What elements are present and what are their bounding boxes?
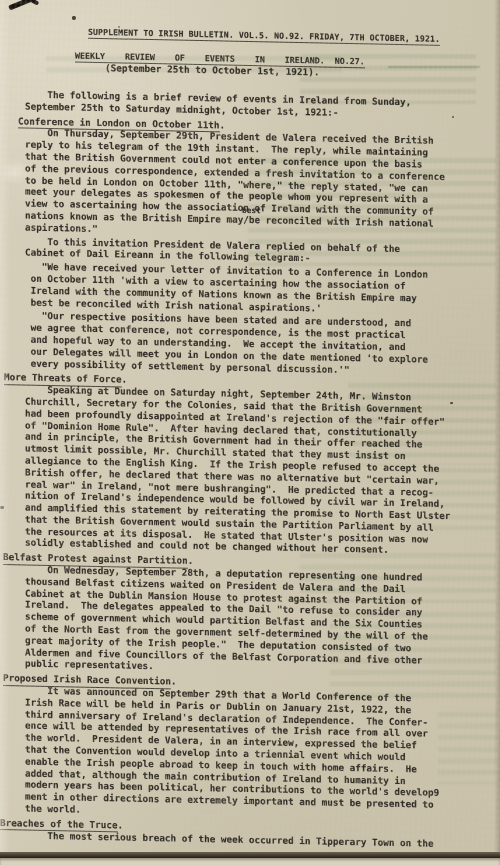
ink-speck xyxy=(118,26,120,28)
document-section: Proposed Irish Race Convention. It was a… xyxy=(25,674,482,825)
document-section: Conference in London on October 11th. On… xyxy=(25,116,482,379)
ink-speck xyxy=(452,116,454,118)
ink-speck xyxy=(72,16,76,20)
paragraph: On Thursday, September 29th, President d… xyxy=(25,128,482,243)
scanned-document-page: SUPPLEMENT TO IRISH BULLETIN. VOL.5. NO.… xyxy=(0,0,500,865)
masthead-text: SUPPLEMENT TO IRISH BULLETIN. VOL.5. NO.… xyxy=(88,27,440,46)
document-section: Breaches of the Truce. The most serious … xyxy=(25,818,482,851)
document-section: More Threats of Force. Speaking at Dunde… xyxy=(25,373,482,559)
ink-speck xyxy=(450,402,453,404)
paragraph: On Wednesday, September 28th, a deputati… xyxy=(25,565,482,680)
typewritten-content: SUPPLEMENT TO IRISH BULLETIN. VOL.5. NO.… xyxy=(0,24,500,853)
sections: Conference in London on October 11th. On… xyxy=(25,116,482,851)
paragraph: "We have received your letter of invitat… xyxy=(25,262,482,318)
paragraph: It was announced on September 29th that … xyxy=(25,686,482,825)
paragraph: Speaking at Dundee on Saturday night, Se… xyxy=(25,385,482,559)
ink-speck xyxy=(0,506,4,509)
typed-insertion: best xyxy=(242,207,261,215)
underlying-sheet-edge xyxy=(0,858,500,865)
document-section: Belfast Protest against Partition. On We… xyxy=(25,553,482,680)
paragraph: "Our respective positions have been stat… xyxy=(25,311,482,379)
masthead-line: SUPPLEMENT TO IRISH BULLETIN. VOL.5. NO.… xyxy=(88,26,482,46)
